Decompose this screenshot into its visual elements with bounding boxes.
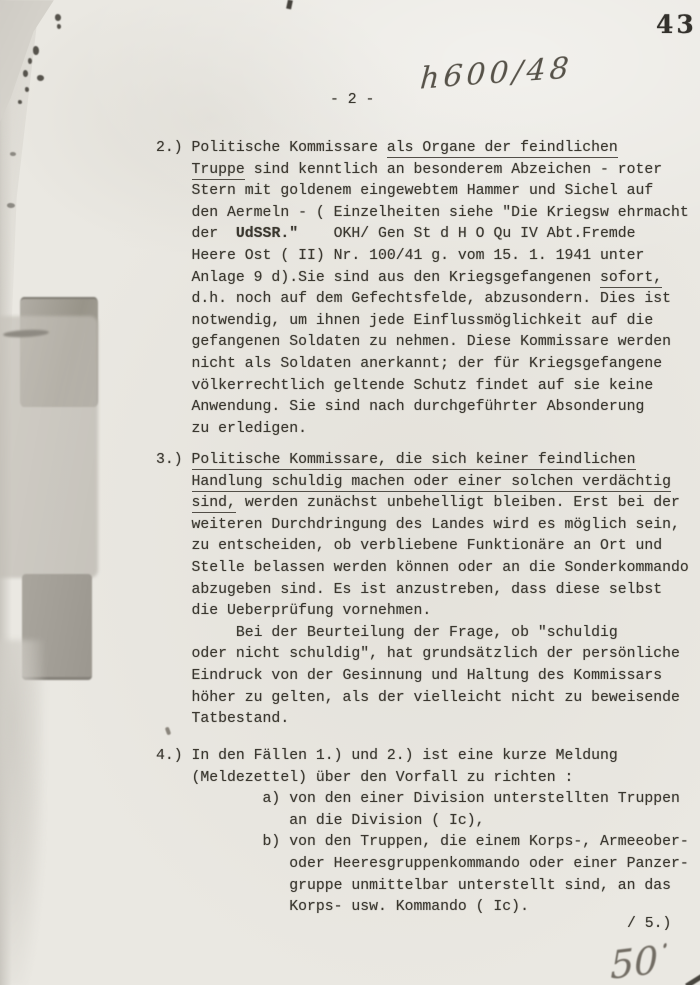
stamped-page-number: 43 (656, 10, 697, 39)
scan-artifact-top-tick (286, 0, 293, 9)
handwritten-reference-number: h600/48 (419, 51, 574, 97)
paragraph-4: 4.) In den Fällen 1.) und 2.) ist eine k… (156, 748, 700, 921)
handwritten-page-number: 50 (610, 938, 659, 985)
scan-artifact-water-stain (0, 640, 44, 985)
page-number-header: - 2 - (330, 92, 374, 108)
continuation-mark: / 5.) (627, 916, 671, 932)
scan-artifact-tape-stain-middle (0, 316, 98, 578)
paragraph-3: 3.) Politische Kommissare, die sich kein… (156, 452, 700, 733)
pencil-dot (663, 943, 667, 949)
paragraph-2: 2.) Politische Kommissare als Organe der… (156, 140, 700, 442)
scanned-document-page: 43 h600/48 - 2 - 2.) Politische Kommissa… (0, 0, 700, 985)
scan-artifact-corner-wedge (685, 967, 700, 985)
handwritten-page-number-text: 50 (610, 938, 659, 985)
